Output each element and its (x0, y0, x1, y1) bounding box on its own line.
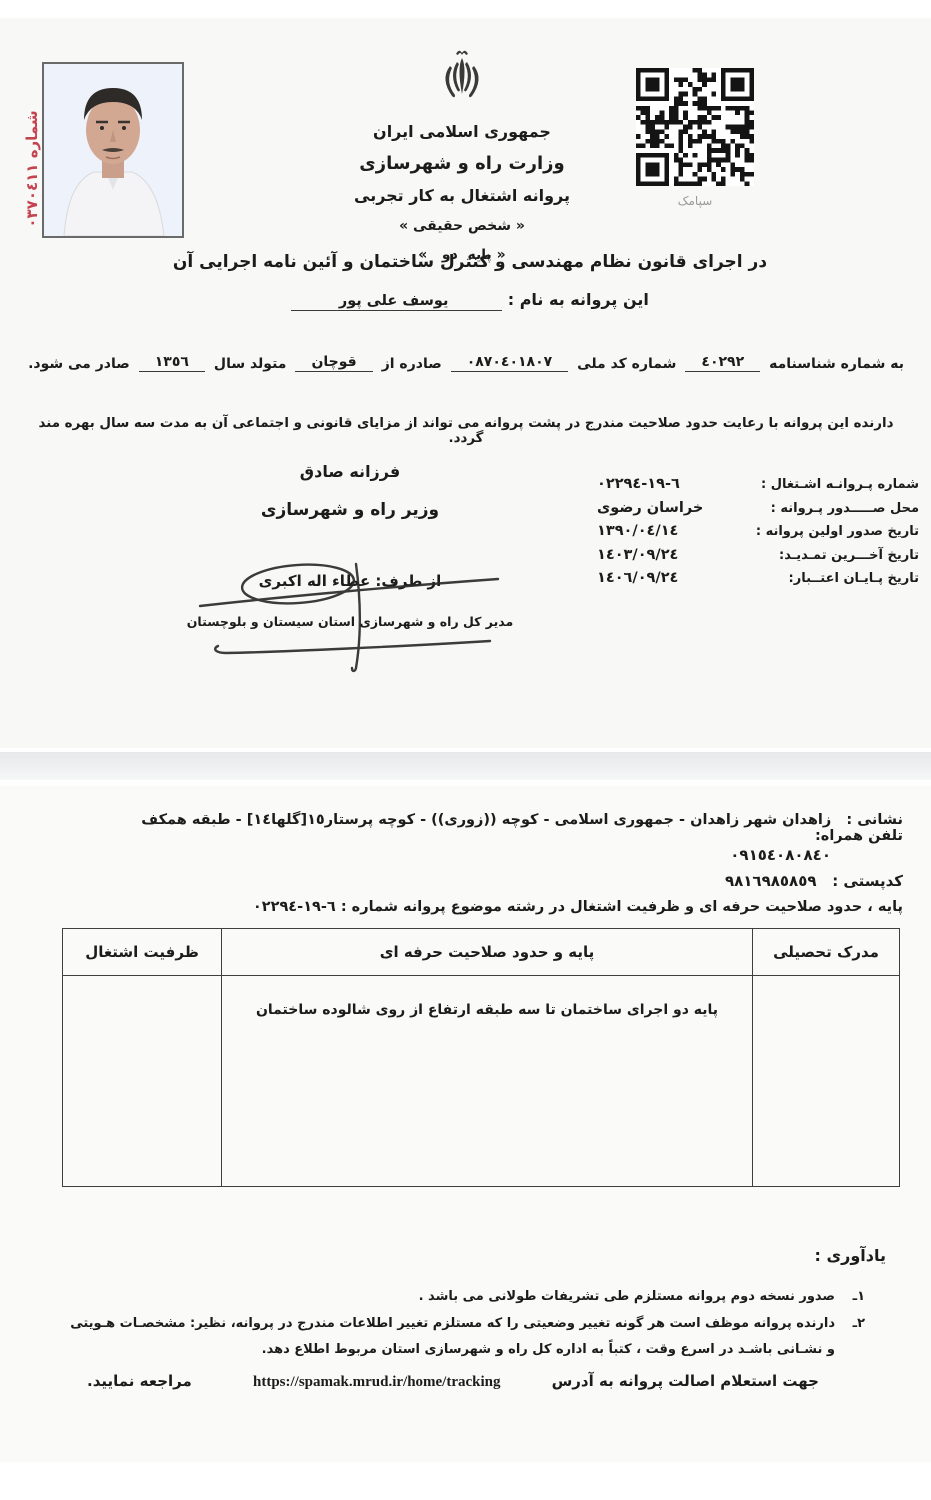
degree-header: مدرک تحصیلی (753, 929, 899, 976)
header-country: جمهوری اسلامی ایران (232, 122, 692, 141)
detail-row-expiry: تاریخ پـایـان اعتــبار: ١٤٠٦/٠٩/٢٤ (597, 570, 919, 594)
reminder-item-2-number: ٢ـ (835, 1311, 865, 1362)
postal-label: کدپستی : (832, 872, 903, 890)
detail-row-last-renewal: تاریخ آخـــرین تمـدیـد: ١٤٠٣/٠٩/٢٤ (597, 547, 919, 571)
capacity-header: ظرفیت اشتغال (63, 929, 221, 976)
column-degree: مدرک تحصیلی (753, 929, 899, 1186)
issue-place-value: خراسان رضوی (597, 500, 703, 516)
mobile-number: ٠٩١٥٤٠٨٠٨٤٠ (730, 846, 831, 864)
law-line: در اجرای قانون نظام مهندسی و کنترل ساختم… (30, 252, 910, 272)
minister-title: وزیر راه و شهرسازی (190, 500, 510, 520)
license-number-value: ٦-١٩-٠٢٢٩٤ (597, 476, 680, 492)
reminder-list: ١ـ صدور نسخه دوم پروانه مستلزم طی تشریفا… (63, 1284, 865, 1364)
issued-from-label: صادره از (382, 356, 442, 372)
address-label: نشانی : (846, 812, 903, 828)
detail-row-license-number: شماره پـروانـه اشـتغال : ٦-١٩-٠٢٢٩٤ (597, 476, 919, 500)
portrait-photo-graphic (44, 64, 182, 236)
reminder-item-2-text: دارنده پروانه موظف است هر گونه تغییر وضع… (63, 1311, 835, 1362)
birth-year-value: ١٣٥٦ (139, 354, 205, 372)
id-line-suffix: صادر می شود. (28, 356, 130, 372)
validity-line: دارنده این پروانه با رعایت حدود صلاحیت م… (25, 416, 907, 446)
license-document: شماره ٠٣٧٠٤١١ (0, 0, 931, 1500)
reminder-item-1-number: ١ـ (835, 1284, 865, 1309)
license-details: شماره پـروانـه اشـتغال : ٦-١٩-٠٢٢٩٤ محل … (597, 476, 919, 594)
reminder-item-1-text: صدور نسخه دوم پروانه مستلزم طی تشریفات ط… (63, 1284, 835, 1309)
header-ministry: وزارت راه و شهرسازی (232, 153, 692, 174)
reminder-item-2: ٢ـ دارنده پروانه موظف است هر گونه تغییر … (63, 1311, 865, 1362)
scope-cell: پایه دو اجرای ساختمان تا سه طبقه ارتفاع … (222, 976, 752, 1186)
reminder-title: یادآوری : (815, 1246, 887, 1265)
verification-text-right: جهت استعلام اصالت پروانه به آدرس (552, 1372, 819, 1390)
birth-year-label: متولد سال (214, 356, 287, 372)
first-issue-date-value: ١٣٩٠/٠٤/١٤ (597, 523, 678, 539)
qr-code (636, 68, 754, 186)
verification-url: https://spamak.mrud.ir/home/tracking (253, 1374, 501, 1391)
national-id-label: شماره کد ملی (577, 356, 676, 372)
capacity-cell (63, 976, 221, 1186)
birth-cert-value: ٤٠٢٩٢ (685, 354, 760, 372)
name-line: این پروانه به نام : یوسف علی پور (30, 290, 910, 311)
id-line: به شماره شناسنامه ٤٠٢٩٢ شماره کد ملی ٠٨٧… (28, 354, 904, 372)
qr-caption: سپامک (636, 194, 754, 208)
reminder-item-1: ١ـ صدور نسخه دوم پروانه مستلزم طی تشریفا… (63, 1284, 865, 1309)
license-holder-name: یوسف علی پور (291, 293, 502, 311)
header-person-type: « شخص حقیقی » (232, 218, 692, 234)
iran-emblem-icon (436, 46, 488, 104)
postal-value: ٩٨١٦٩٨٥٨٥٩ (725, 872, 817, 890)
minister-name: فرزانه صادق (190, 462, 510, 481)
scope-line: پایه ، حدود صلاحیت حرفه ای و ظرفیت اشتغا… (253, 899, 903, 915)
first-issue-date-label: تاریخ صدور اولین پروانه : (756, 524, 919, 539)
qualification-table: مدرک تحصیلی پایه و حدود صلاحیت حرفه ای پ… (62, 928, 900, 1187)
on-behalf-name: از طرف: عطاء اله اکبری (190, 572, 510, 590)
degree-cell (753, 976, 899, 1186)
detail-row-issue-place: محل صـــــدور پـروانه : خراسان رضوی (597, 500, 919, 524)
expiry-label: تاریخ پـایـان اعتــبار: (789, 571, 919, 586)
name-label: این پروانه به نام : (508, 290, 649, 309)
portrait-photo (42, 62, 184, 238)
detail-row-first-issue-date: تاریخ صدور اولین پروانه : ١٣٩٠/٠٤/١٤ (597, 523, 919, 547)
last-renewal-value: ١٤٠٣/٠٩/٢٤ (597, 547, 678, 563)
issued-from-value: قوچان (295, 354, 372, 372)
column-capacity: ظرفیت اشتغال (63, 929, 222, 1186)
header-license-type: پروانه اشتغال به کار تجربی (232, 186, 692, 205)
birth-cert-label: به شماره شناسنامه (769, 356, 904, 372)
national-id-value: ٠٨٧٠٤٠١٨٠٧ (451, 354, 568, 372)
verification-text-left: مراجعه نمایید. (87, 1372, 192, 1390)
issue-place-label: محل صـــــدور پـروانه : (771, 501, 919, 516)
column-scope: پایه و حدود صلاحیت حرفه ای پایه دو اجرای… (222, 929, 753, 1186)
expiry-value: ١٤٠٦/٠٩/٢٤ (597, 570, 678, 586)
last-renewal-label: تاریخ آخـــرین تمـدیـد: (779, 548, 919, 563)
address-value: زاهدان شهر زاهدان - جمهوری اسلامی - کوچه… (141, 812, 903, 844)
license-number-label: شماره پـروانـه اشـتغال : (761, 477, 919, 492)
postal-line: کدپستی : ٩٨١٦٩٨٥٨٥٩ (725, 872, 903, 890)
deputy-title: مدیر کل راه و شهرسازی استان سیستان و بلو… (150, 614, 550, 629)
scope-header: پایه و حدود صلاحیت حرفه ای (222, 929, 752, 976)
section-separator (0, 752, 931, 780)
address-line: نشانی : زاهدان شهر زاهدان - جمهوری اسلام… (103, 812, 903, 844)
